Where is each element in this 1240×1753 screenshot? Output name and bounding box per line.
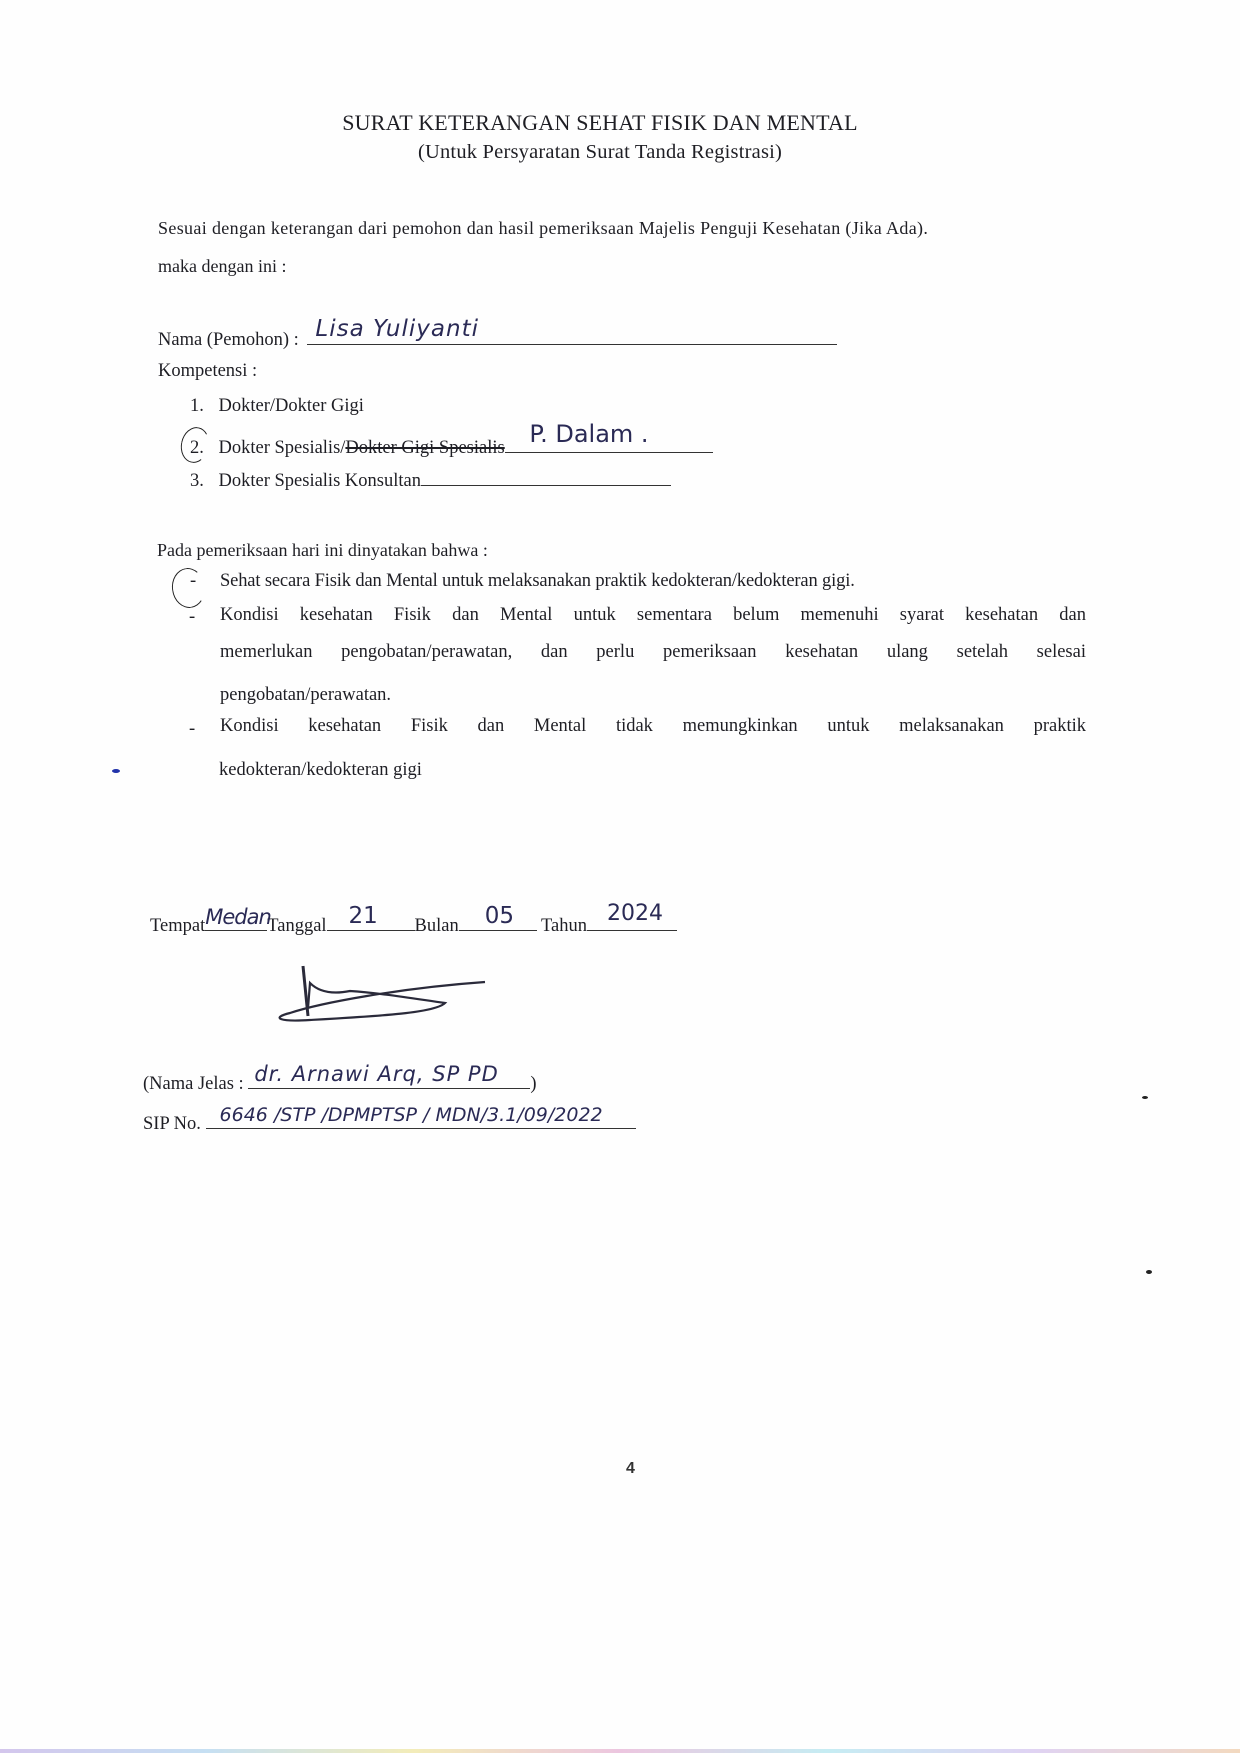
month-handwritten: 05: [485, 903, 514, 929]
finding-option-2-line-1: Kondisi kesehatan Fisik dan Mental untuk…: [220, 605, 1086, 626]
selection-circle-mark: [169, 566, 207, 610]
sip-label: SIP No.: [143, 1114, 201, 1134]
competence-item-1: 1. Dokter/Dokter Gigi: [190, 396, 364, 417]
place-label: Tempat: [150, 916, 205, 936]
applicant-name-line[interactable]: Lisa Yuliyanti: [307, 324, 837, 345]
document-title: SURAT KETERANGAN SEHAT FISIK DAN MENTAL: [0, 110, 1200, 136]
scan-edge-artifact: [0, 1749, 1240, 1753]
signatory-name-row: (Nama Jelas : dr. Arnawi Arq, SP PD): [143, 1068, 536, 1095]
competence-number: 2.: [190, 438, 204, 458]
sip-handwritten: 6646 /STP /DPMPTSP / MDN/3.1/09/2022: [220, 1104, 603, 1126]
page-number: 4: [626, 1460, 635, 1478]
day-handwritten: 21: [349, 903, 378, 929]
consultant-line[interactable]: [421, 467, 671, 486]
day-line[interactable]: 21: [327, 912, 415, 931]
finding-option-2-line-2: memerlukan pengobatan/perawatan, dan per…: [220, 642, 1086, 663]
name-line[interactable]: dr. Arnawi Arq, SP PD: [248, 1068, 530, 1089]
place-date-row: TempatMedanTanggal21Bulan05 Tahun2024: [150, 912, 677, 937]
document-subtitle: (Untuk Persyaratan Surat Tanda Registras…: [0, 141, 1200, 164]
applicant-field: Nama (Pemohon) : Lisa Yuliyanti: [158, 324, 837, 351]
intro-paragraph: Sesuai dengan keterangan dari pemohon da…: [158, 218, 928, 239]
competence-number: 3.: [190, 471, 204, 491]
sip-row: SIP No. 6646 /STP /DPMPTSP / MDN/3.1/09/…: [143, 1108, 636, 1135]
findings-label: Pada pemeriksaan hari ini dinyatakan bah…: [157, 540, 488, 561]
competence-label-text: Dokter Spesialis Konsultan: [219, 471, 421, 491]
name-close-paren: ): [530, 1074, 536, 1094]
scan-speck: [1142, 1096, 1148, 1099]
option-marker: -: [189, 607, 195, 628]
day-label: Tanggal: [267, 916, 326, 936]
place-line[interactable]: Medan: [205, 912, 267, 931]
applicant-label: Nama (Pemohon) :: [158, 330, 299, 350]
month-label: Bulan: [415, 916, 459, 936]
year-line[interactable]: 2024: [587, 912, 677, 931]
competence-number: 1.: [190, 396, 204, 416]
competence-item-2: 2. Dokter Spesialis/Dokter Gigi Spesiali…: [190, 432, 713, 459]
name-handwritten: dr. Arnawi Arq, SP PD: [254, 1062, 498, 1086]
competence-item-3: 3. Dokter Spesialis Konsultan: [190, 467, 671, 492]
finding-option-1: Sehat secara Fisik dan Mental untuk mela…: [220, 571, 855, 592]
scan-speck: [1146, 1270, 1152, 1274]
month-line[interactable]: 05: [459, 912, 537, 931]
year-handwritten: 2024: [607, 901, 663, 926]
specialty-handwritten: P. Dalam .: [529, 420, 648, 448]
place-handwritten: Medan: [205, 905, 271, 929]
competence-struck-text: Dokter Gigi Spesialis: [345, 438, 504, 458]
ink-speck: [112, 769, 120, 773]
competence-label-text: Dokter Spesialis/: [219, 438, 346, 458]
signature-mark: [260, 958, 500, 1028]
option-marker: -: [190, 571, 196, 592]
intro-continuation: maka dengan ini :: [158, 256, 286, 277]
finding-option-2-line-3: pengobatan/perawatan.: [220, 685, 391, 706]
specialty-line[interactable]: P. Dalam .: [505, 432, 713, 453]
finding-option-3-line-2: kedokteran/kedokteran gigi: [219, 760, 422, 781]
competence-label: Kompetensi :: [158, 361, 257, 382]
name-label: (Nama Jelas :: [143, 1074, 244, 1094]
competence-label-text: Dokter/Dokter Gigi: [219, 396, 364, 416]
option-marker: -: [189, 719, 195, 740]
finding-option-3-line-1: Kondisi kesehatan Fisik dan Mental tidak…: [220, 716, 1086, 737]
sip-line[interactable]: 6646 /STP /DPMPTSP / MDN/3.1/09/2022: [206, 1108, 636, 1129]
year-label: Tahun: [541, 916, 587, 936]
applicant-name-handwritten: Lisa Yuliyanti: [315, 316, 479, 342]
